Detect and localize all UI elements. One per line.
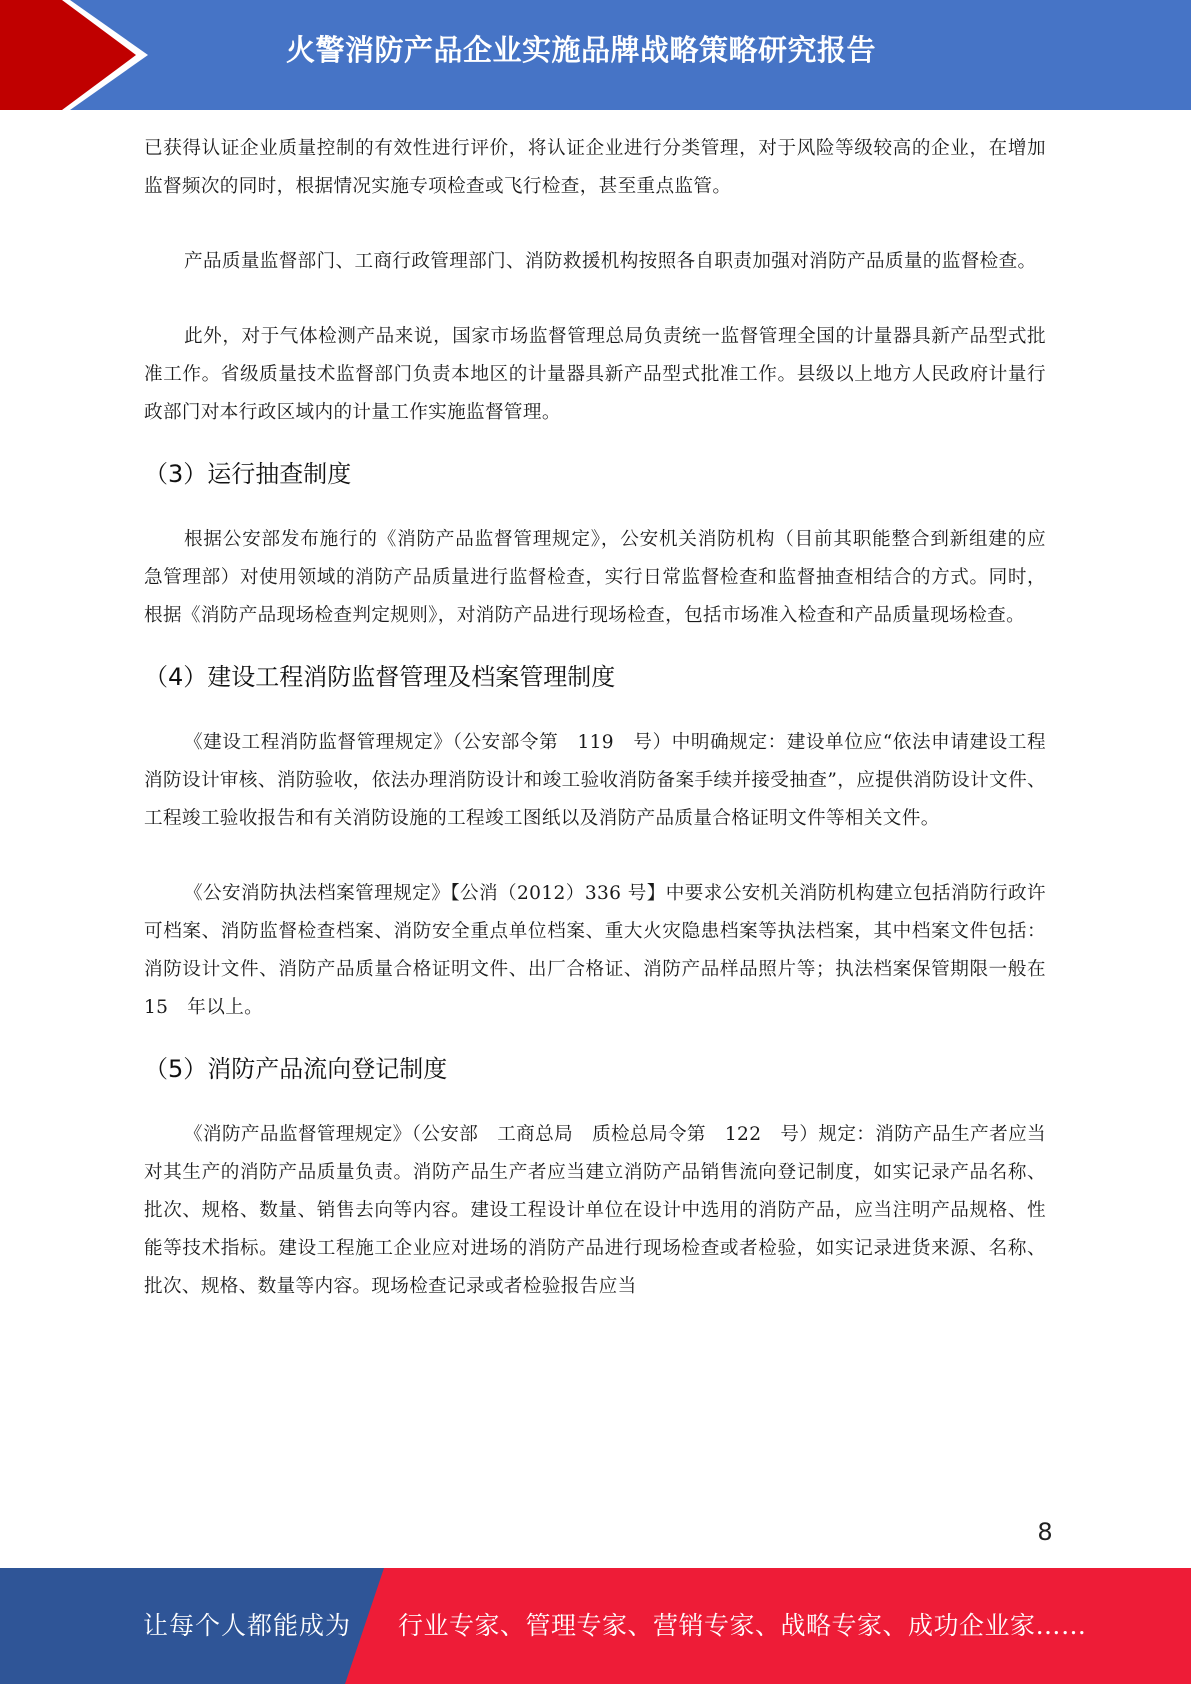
footer-banner: 让每个人都能成为 行业专家、管理专家、营销专家、战略专家、成功企业家……: [0, 1568, 1191, 1684]
section-heading-3: （3）运行抽查制度: [144, 454, 1046, 494]
red-chevron-icon: [0, 0, 160, 110]
section-heading-4: （4）建设工程消防监督管理及档案管理制度: [144, 657, 1046, 697]
report-title: 火警消防产品企业实施品牌战略策略研究报告: [286, 0, 876, 100]
page-number: 8: [1025, 1518, 1065, 1546]
paragraph-gas-detection-metrology: 此外，对于气体检测产品来说，国家市场监督管理总局负责统一监督管理全国的计量器具新…: [144, 318, 1046, 432]
paragraph-operational-inspection: 根据公安部发布施行的《消防产品监督管理规定》，公安机关消防机构（目前其职能整合到…: [144, 521, 1046, 635]
section-heading-5: （5）消防产品流向登记制度: [144, 1049, 1046, 1089]
paragraph-enforcement-archives: 《公安消防执法档案管理规定》【公消（2012）336 号】中要求公安机关消防机构…: [144, 875, 1046, 1027]
paragraph-certification-evaluation: 已获得认证企业质量控制的有效性进行评价，将认证企业进行分类管理，对于风险等级较高…: [144, 130, 1046, 206]
footer-slogan-right: 行业专家、管理专家、营销专家、战略专家、成功企业家……: [398, 1568, 1087, 1684]
paragraph-supervision-departments: 产品质量监督部门、工商行政管理部门、消防救援机构按照各自职责加强对消防产品质量的…: [144, 243, 1046, 281]
report-header: 火警消防产品企业实施品牌战略策略研究报告: [0, 0, 1191, 110]
footer-slogan-left: 让每个人都能成为: [143, 1568, 351, 1684]
document-body: 已获得认证企业质量控制的有效性进行评价，将认证企业进行分类管理，对于风险等级较高…: [144, 130, 1046, 1306]
paragraph-construction-fire-supervision: 《建设工程消防监督管理规定》（公安部令第 119 号）中明确规定：建设单位应“依…: [144, 724, 1046, 838]
paragraph-product-flow-registration: 《消防产品监督管理规定》（公安部 工商总局 质检总局令第 122 号）规定：消防…: [144, 1116, 1046, 1306]
